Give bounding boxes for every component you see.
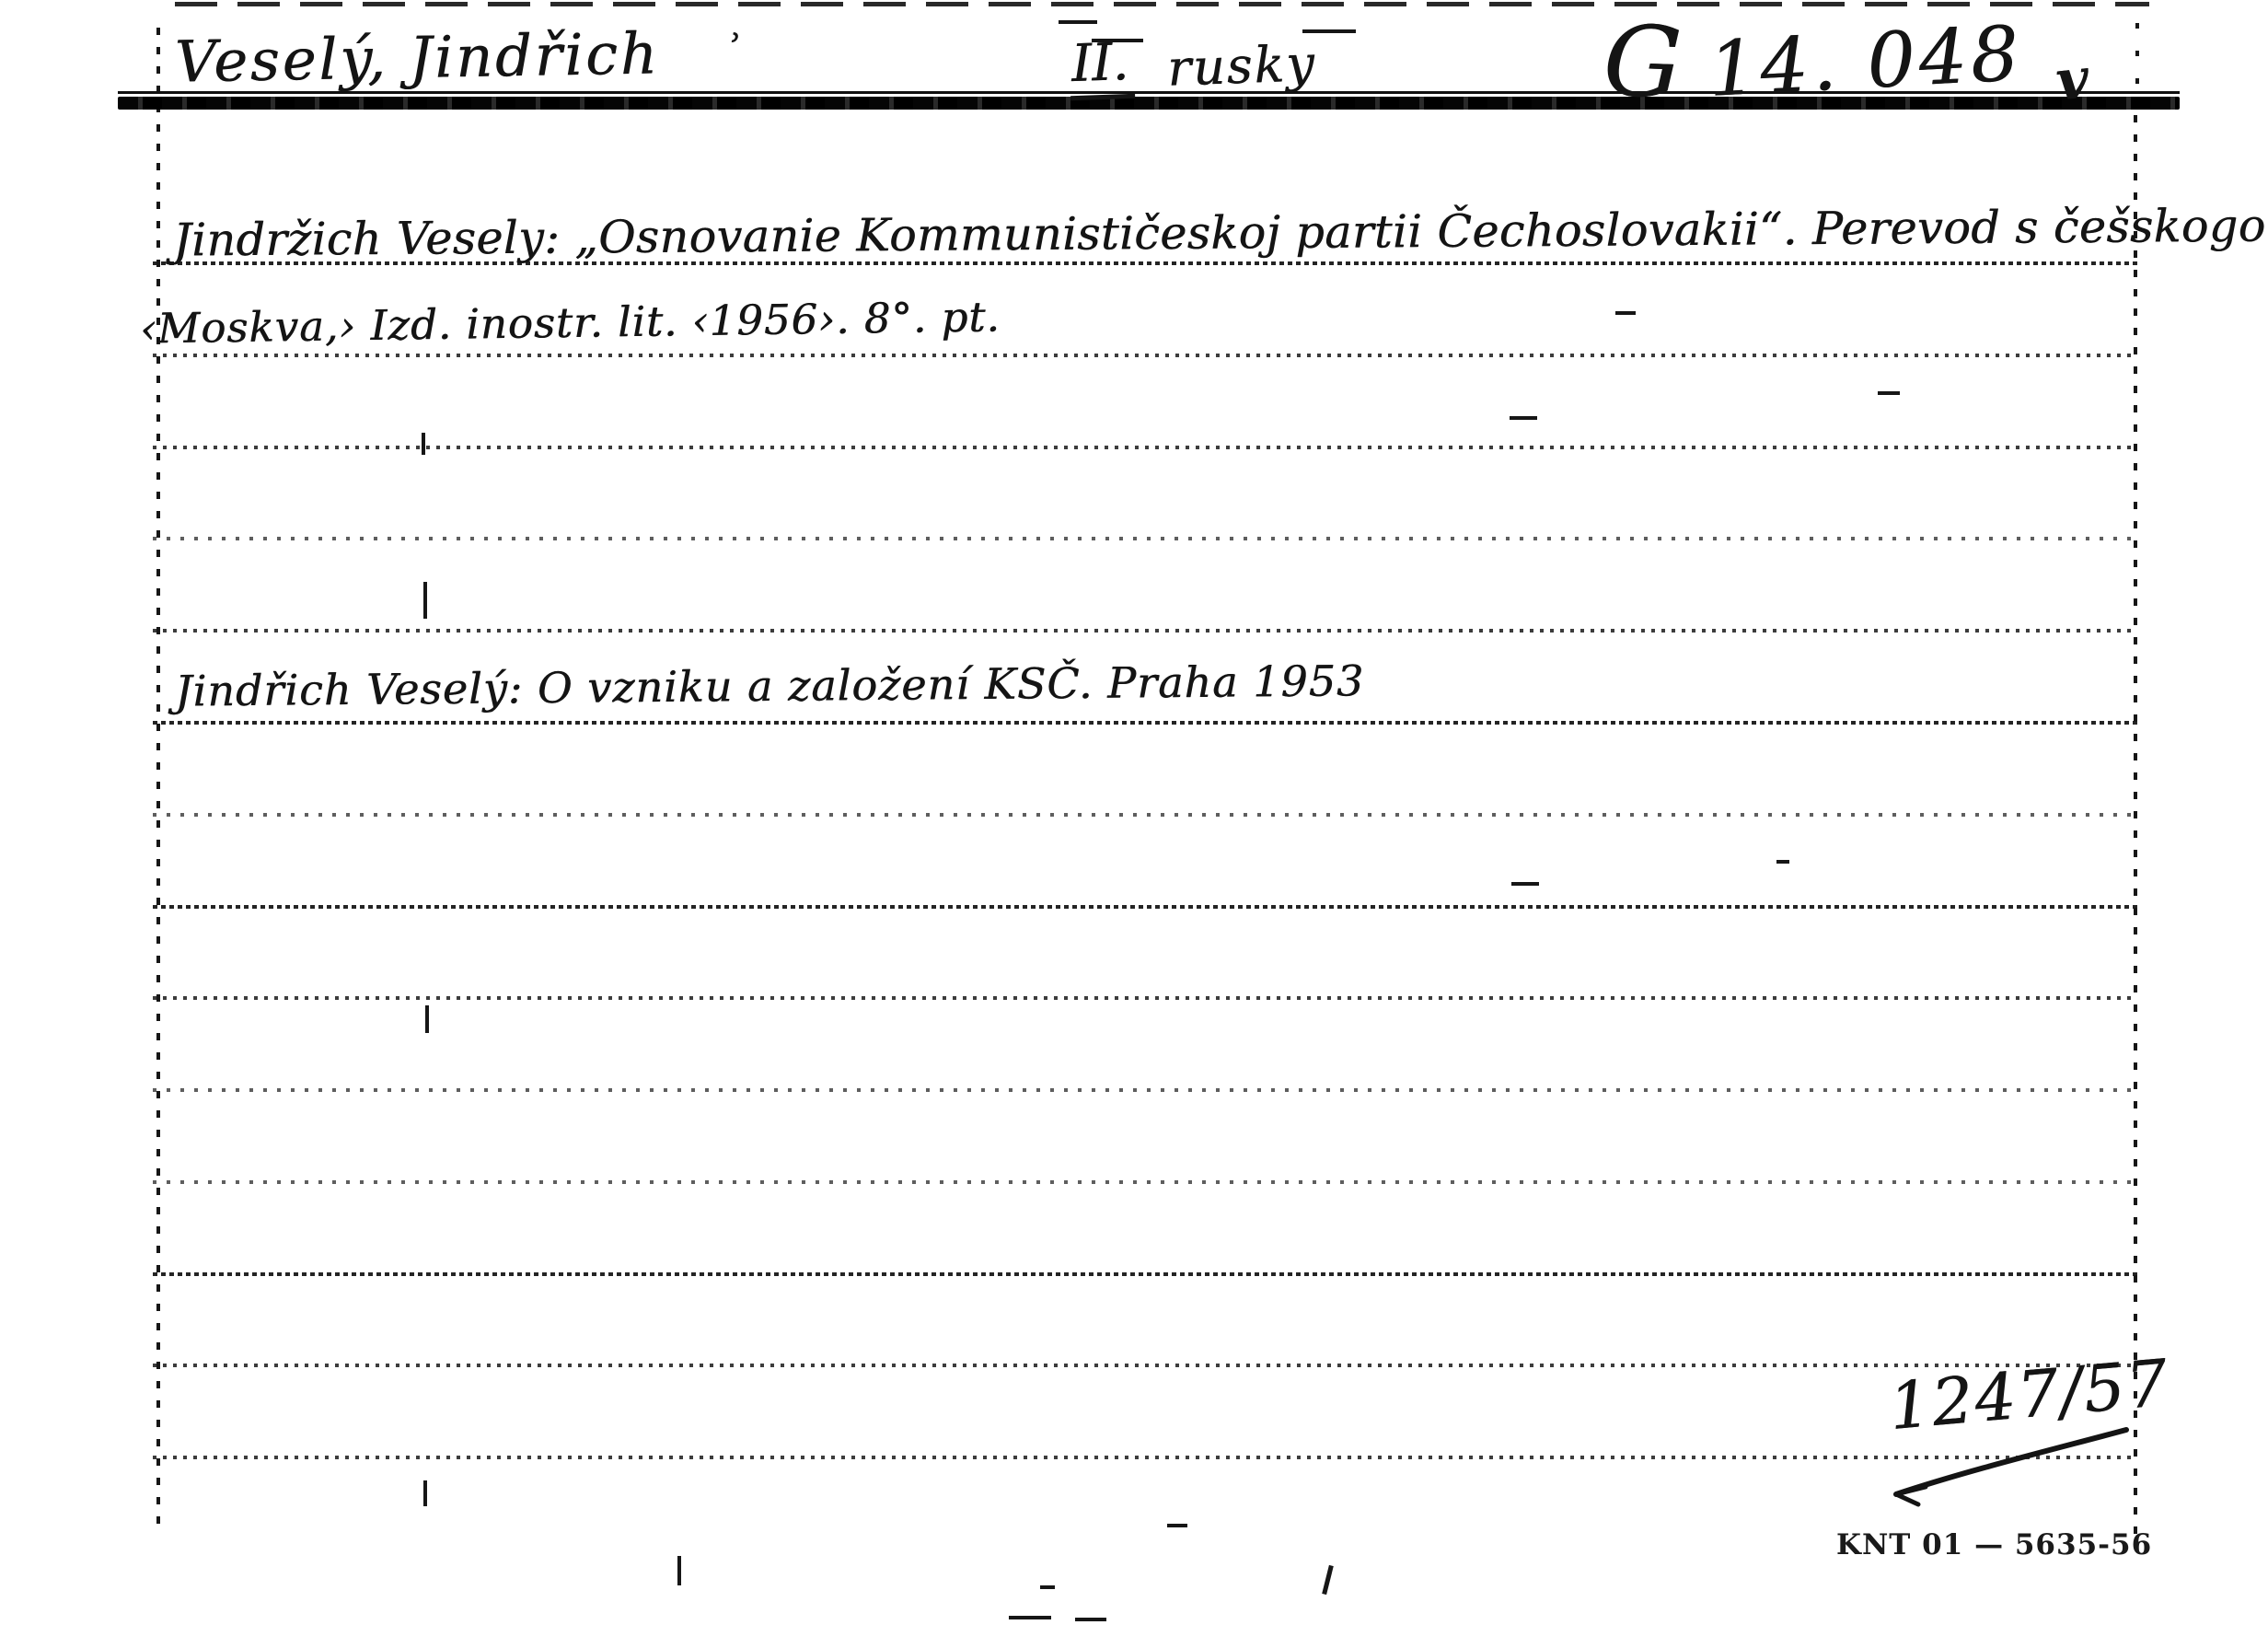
noise-dash [1167,1524,1187,1527]
noise-dash [1075,1618,1106,1621]
right-dotted-border [2134,115,2137,1542]
noise-dash [1009,1616,1051,1619]
ruled-line [153,996,2137,1000]
ruled-line [153,1456,2137,1459]
author-heading-flourish: ʾ [727,28,738,70]
ruled-line [153,1272,2137,1276]
ruled-line [153,1364,2137,1367]
ruled-line [153,1088,2137,1092]
ruled-line [153,354,2137,357]
ruled-line [153,813,2137,817]
catalog-card: Veselý, Jindřich ʾ II. rusky G 14. 048 v… [0,0,2268,1625]
noise-dash [1776,860,1789,864]
ruled-line [153,537,2137,540]
entry-line-1: Jindržich Vesely: „Osnovanie Kommunistič… [173,198,2268,266]
crease-mark [423,1480,427,1506]
print-code: KNT 01 — 5635-56 [1836,1528,2152,1561]
author-heading: Veselý, Jindřich [174,19,660,95]
card-top-edge [175,2,2149,6]
ruled-line [153,629,2137,633]
ruled-line [153,446,2137,449]
ruled-line [153,721,2137,725]
noise-dash [1059,20,1097,24]
language-note: rusky [1166,34,1317,98]
noise-dash [1040,1585,1055,1589]
crease-mark [677,1556,681,1585]
left-dotted-border [156,28,160,1530]
reference-line: Jindřich Veselý: O vzniku a založení KSČ… [175,656,1365,715]
noise-stroke [1322,1565,1334,1595]
crease-mark [422,433,425,455]
check-mark: v [2053,46,2091,113]
right-dotted-border-top [2135,23,2139,101]
noise-dash [1878,391,1900,395]
entry-line-2: ‹Moskva,› Izd. inostr. lit. ‹1956›. 8°. … [140,292,1001,353]
noise-dash [1511,882,1539,886]
shelfmark-letter: G [1602,5,1684,121]
shelfmark-number: 14. 048 [1707,10,2025,114]
noise-dash [1510,416,1537,420]
crease-mark [425,1005,429,1033]
ruled-line [153,905,2137,909]
accession-underline-flourish [1857,1422,2134,1510]
ruled-line [153,1180,2137,1184]
noise-dash [1302,29,1356,33]
noise-dash [1092,39,1143,42]
crease-mark [423,582,427,619]
noise-dash [1615,311,1636,315]
